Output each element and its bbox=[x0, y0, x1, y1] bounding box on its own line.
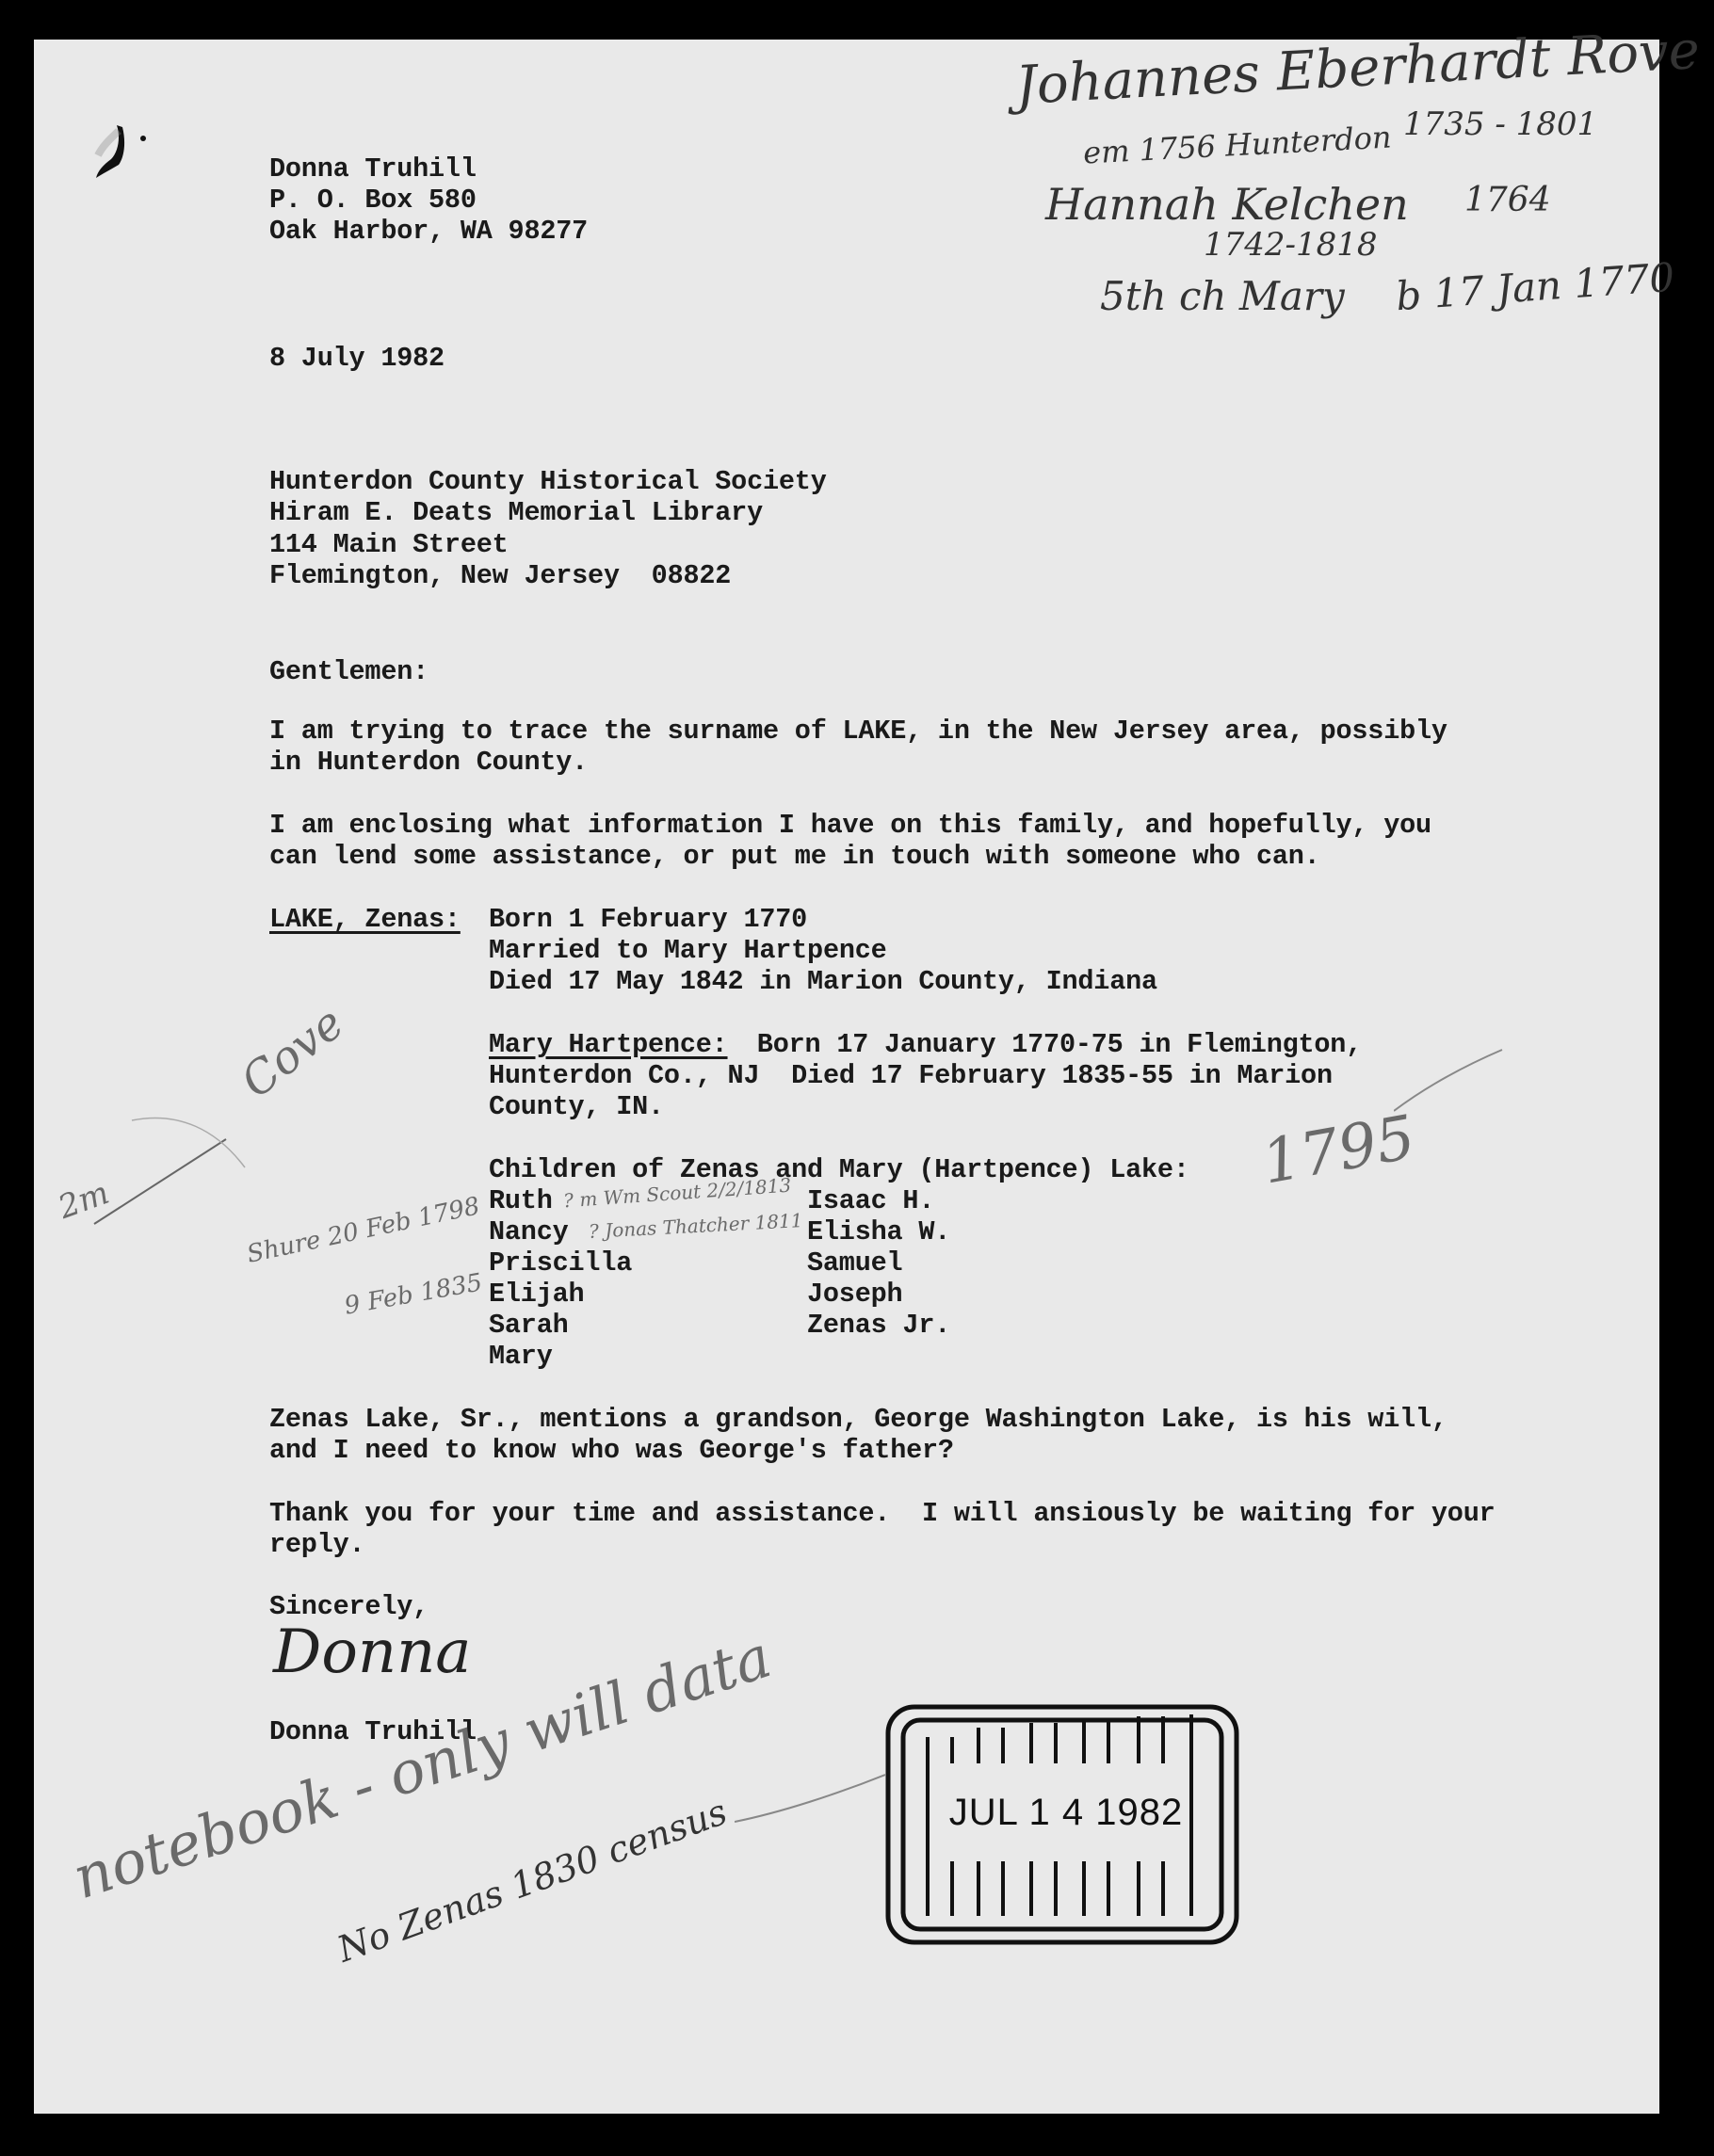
paragraph2-line2: can lend some assistance, or put me in t… bbox=[269, 841, 1320, 873]
paragraph2-line1: I am enclosing what information I have o… bbox=[269, 810, 1431, 842]
recipient-line1: Hunterdon County Historical Society bbox=[269, 466, 827, 498]
sender-address-line1: P. O. Box 580 bbox=[269, 185, 477, 217]
letter-date: 8 July 1982 bbox=[269, 343, 445, 375]
note-underline-stroke bbox=[735, 1770, 885, 1826]
paragraph4-line1: Thank you for your time and assistance. … bbox=[269, 1498, 1496, 1530]
children-heading: Children of Zenas and Mary (Hartpence) L… bbox=[489, 1154, 1189, 1186]
child-left: Sarah bbox=[489, 1310, 569, 1342]
ink-blot-mark bbox=[90, 118, 147, 184]
mary-label: Mary Hartpence: bbox=[489, 1029, 728, 1061]
note-hannah: Hannah Kelchen bbox=[1045, 179, 1409, 230]
child-right: Isaac H. bbox=[807, 1185, 934, 1217]
paragraph3-line1: Zenas Lake, Sr., mentions a grandson, Ge… bbox=[269, 1404, 1447, 1436]
child-right: Samuel bbox=[807, 1247, 902, 1279]
child-left: Priscilla bbox=[489, 1247, 632, 1279]
recipient-line3: 114 Main Street bbox=[269, 529, 509, 561]
child-left: Elijah bbox=[489, 1279, 584, 1311]
paragraph1-line1: I am trying to trace the surname of LAKE… bbox=[269, 716, 1447, 748]
child-right: Elisha W. bbox=[807, 1216, 950, 1248]
zenas-label: LAKE, Zenas: bbox=[269, 904, 461, 936]
note-5th-ch-mary: 5th ch Mary bbox=[1100, 273, 1345, 319]
recipient-line4: Flemington, New Jersey 08822 bbox=[269, 560, 731, 592]
paragraph4-line2: reply. bbox=[269, 1529, 364, 1561]
child-right: Zenas Jr. bbox=[807, 1310, 950, 1342]
zenas-born: Born 1 February 1770 bbox=[489, 904, 807, 936]
arrow-stroke bbox=[1394, 1045, 1507, 1120]
child-left: Ruth bbox=[489, 1185, 553, 1217]
margin-stroke bbox=[75, 1102, 264, 1233]
note-1764: 1764 bbox=[1464, 181, 1551, 219]
note-1735-1801: 1735 - 1801 bbox=[1403, 105, 1597, 143]
child-right: Joseph bbox=[807, 1279, 902, 1311]
stamp-date: JUL 1 4 1982 bbox=[944, 1763, 1188, 1861]
paragraph1-line2: in Hunterdon County. bbox=[269, 747, 588, 779]
salutation: Gentlemen: bbox=[269, 656, 428, 688]
recipient-line2: Hiram E. Deats Memorial Library bbox=[269, 497, 763, 529]
signature: Donna bbox=[273, 1617, 471, 1687]
note-1742-1818: 1742-1818 bbox=[1204, 226, 1378, 264]
mary-line3: County, IN. bbox=[489, 1091, 664, 1123]
sender-name: Donna Truhill bbox=[269, 153, 477, 185]
sender-address-line2: Oak Harbor, WA 98277 bbox=[269, 216, 588, 248]
zenas-died: Died 17 May 1842 in Marion County, India… bbox=[489, 966, 1157, 998]
paragraph3-line2: and I need to know who was George's fath… bbox=[269, 1435, 954, 1467]
child-left: Nancy bbox=[489, 1216, 569, 1248]
child-left: Mary bbox=[489, 1341, 553, 1373]
zenas-married: Married to Mary Hartpence bbox=[489, 935, 887, 967]
mary-line2: Hunterdon Co., NJ Died 17 February 1835-… bbox=[489, 1060, 1333, 1092]
mary-line1: Born 17 January 1770-75 in Flemington, bbox=[725, 1029, 1362, 1061]
